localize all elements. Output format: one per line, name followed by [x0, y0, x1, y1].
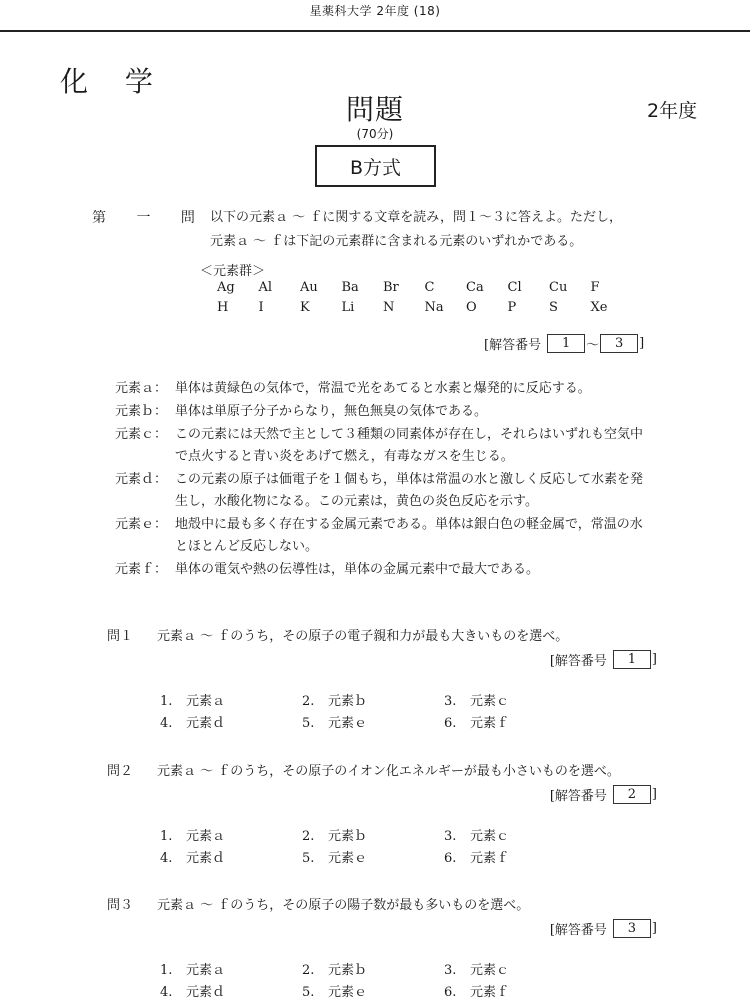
choice-option[interactable]: 4.元素ｄ — [160, 712, 302, 734]
element-symbol: Cl — [501, 280, 543, 300]
question-2-choices: 1.元素ａ 2.元素ｂ 3.元素ｃ 4.元素ｄ 5.元素ｅ 6.元素ｆ — [160, 825, 586, 869]
choice-option[interactable]: 2.元素ｂ — [302, 825, 444, 847]
question-number: 問１ — [107, 625, 157, 644]
element-symbol: Na — [418, 300, 460, 320]
statement-label: 元素ｆ： — [115, 559, 175, 581]
element-symbol: Al — [252, 280, 294, 300]
element-symbol: F — [584, 280, 626, 300]
statement-b: 元素ｂ： 単体は単原子分子からなり，無色無臭の気体である。 — [115, 401, 655, 423]
answer-ref-open: [解答番号 — [550, 919, 607, 938]
statement-label: 元素ｄ： — [115, 469, 175, 513]
statement-label: 元素ｅ： — [115, 514, 175, 558]
statement-text: この元素の原子は価電子を１個もち，単体は常温の水と激しく反応して水素を発生し，水… — [175, 469, 655, 513]
element-symbol: Br — [376, 280, 418, 300]
choice-option[interactable]: 2.元素ｂ — [302, 959, 444, 981]
answer-number-box: 2 — [613, 785, 651, 804]
exam-method-label: B方式 — [350, 153, 401, 180]
answer-ref-open: [解答番号 — [484, 334, 541, 353]
question-1: 問１ 元素ａ ～ ｆのうち，その原子の電子親和力が最も大きいものを選べ。 [解答… — [107, 625, 657, 669]
statement-label: 元素ａ： — [115, 378, 175, 400]
answer-ref-close: ] — [652, 652, 657, 667]
choice-option[interactable]: 5.元素ｅ — [302, 847, 444, 869]
question-number: 問３ — [107, 894, 157, 913]
element-symbol: Cu — [542, 280, 584, 300]
choice-option[interactable]: 3.元素ｃ — [444, 959, 586, 981]
header-rule — [0, 30, 750, 32]
statement-a: 元素ａ： 単体は黄緑色の気体で，常温で光をあてると水素と爆発的に反応する。 — [115, 378, 655, 400]
question-text: 元素ａ ～ ｆのうち，その原子の陽子数が最も多いものを選べ。 — [157, 894, 529, 913]
running-header: 星薬科大学 2年度 (18) — [0, 2, 750, 19]
choice-option[interactable]: 3.元素ｃ — [444, 690, 586, 712]
question-3: 問３ 元素ａ ～ ｆのうち，その原子の陽子数が最も多いものを選べ。 [解答番号 … — [107, 894, 657, 938]
choice-option[interactable]: 3.元素ｃ — [444, 825, 586, 847]
exam-year: 2年度 — [647, 96, 697, 123]
statement-text: 単体は単原子分子からなり，無色無臭の気体である。 — [175, 401, 655, 423]
element-group-grid: Ag Al Au Ba Br C Ca Cl Cu F H I K Li N N… — [210, 280, 625, 320]
answer-ref-sep: ～ — [586, 334, 599, 353]
choice-option[interactable]: 2.元素ｂ — [302, 690, 444, 712]
answer-number-box: 3 — [613, 919, 651, 938]
choice-option[interactable]: 1.元素ａ — [160, 959, 302, 981]
statement-text: 単体の電気や熱の伝導性は，単体の金属元素中で最大である。 — [175, 559, 655, 581]
element-symbol: Ba — [335, 280, 377, 300]
element-group-label: ＜元素群＞ — [200, 260, 265, 279]
element-symbol: N — [376, 300, 418, 320]
statement-text: この元素には天然で主として３種類の同素体が存在し，それらはいずれも空気中で点火す… — [175, 424, 655, 468]
element-symbol: Au — [293, 280, 335, 300]
section-answer-ref: [解答番号 1 ～ 3 ] — [484, 334, 644, 353]
element-symbol: C — [418, 280, 460, 300]
section-label: 第 一 問 — [92, 207, 208, 227]
question-1-choices: 1.元素ａ 2.元素ｂ 3.元素ｃ 4.元素ｄ 5.元素ｅ 6.元素ｆ — [160, 690, 586, 734]
exam-duration: (70分) — [0, 125, 750, 142]
statement-text: 単体は黄緑色の気体で，常温で光をあてると水素と爆発的に反応する。 — [175, 378, 655, 400]
element-symbol: I — [252, 300, 294, 320]
element-symbol: Li — [335, 300, 377, 320]
choice-option[interactable]: 4.元素ｄ — [160, 847, 302, 869]
element-symbol: Ag — [210, 280, 252, 300]
choice-option[interactable]: 5.元素ｅ — [302, 981, 444, 1000]
statement-label: 元素ｂ： — [115, 401, 175, 423]
statement-text: 地殻中に最も多く存在する金属元素である。単体は銀白色の軽金属で，常温の水とほとん… — [175, 514, 655, 558]
element-statements: 元素ａ： 単体は黄緑色の気体で，常温で光をあてると水素と爆発的に反応する。 元素… — [115, 378, 655, 582]
element-symbol: Ca — [459, 280, 501, 300]
intro-line-1: 以下の元素ａ ～ ｆに関する文章を読み，問１～３に答えよ。ただし， — [210, 206, 650, 230]
answer-ref-open: [解答番号 — [550, 785, 607, 804]
question-text: 元素ａ ～ ｆのうち，その原子の電子親和力が最も大きいものを選べ。 — [157, 625, 568, 644]
statement-d: 元素ｄ： この元素の原子は価電子を１個もち，単体は常温の水と激しく反応して水素を… — [115, 469, 655, 513]
element-symbol: S — [542, 300, 584, 320]
answer-ref-close: ] — [652, 787, 657, 802]
answer-ref-close: ] — [652, 921, 657, 936]
exam-method-box: B方式 — [315, 145, 436, 187]
element-symbol: H — [210, 300, 252, 320]
element-symbol: P — [501, 300, 543, 320]
question-2: 問２ 元素ａ ～ ｆのうち，その原子のイオン化エネルギーが最も小さいものを選べ。… — [107, 760, 657, 804]
statement-f: 元素ｆ： 単体の電気や熱の伝導性は，単体の金属元素中で最大である。 — [115, 559, 655, 581]
element-symbol: K — [293, 300, 335, 320]
answer-ref-open: [解答番号 — [550, 650, 607, 669]
question-3-choices: 1.元素ａ 2.元素ｂ 3.元素ｃ 4.元素ｄ 5.元素ｅ 6.元素ｆ — [160, 959, 586, 1000]
question-number: 問２ — [107, 760, 157, 779]
intro-line-2: 元素ａ ～ ｆは下記の元素群に含まれる元素のいずれかである。 — [210, 230, 650, 254]
statement-c: 元素ｃ： この元素には天然で主として３種類の同素体が存在し，それらはいずれも空気… — [115, 424, 655, 468]
answer-number-box: 3 — [600, 334, 638, 353]
choice-option[interactable]: 4.元素ｄ — [160, 981, 302, 1000]
answer-number-box: 1 — [547, 334, 585, 353]
choice-option[interactable]: 1.元素ａ — [160, 825, 302, 847]
choice-option[interactable]: 6.元素ｆ — [444, 847, 586, 869]
choice-option[interactable]: 5.元素ｅ — [302, 712, 444, 734]
statement-label: 元素ｃ： — [115, 424, 175, 468]
page-title: 問題 — [0, 88, 750, 128]
choice-option[interactable]: 6.元素ｆ — [444, 981, 586, 1000]
element-symbol: O — [459, 300, 501, 320]
choice-option[interactable]: 1.元素ａ — [160, 690, 302, 712]
answer-ref-close: ] — [639, 336, 644, 351]
answer-number-box: 1 — [613, 650, 651, 669]
choice-option[interactable]: 6.元素ｆ — [444, 712, 586, 734]
statement-e: 元素ｅ： 地殻中に最も多く存在する金属元素である。単体は銀白色の軽金属で，常温の… — [115, 514, 655, 558]
section-intro: 以下の元素ａ ～ ｆに関する文章を読み，問１～３に答えよ。ただし， 元素ａ ～ … — [210, 206, 650, 254]
element-symbol: Xe — [584, 300, 626, 320]
question-text: 元素ａ ～ ｆのうち，その原子のイオン化エネルギーが最も小さいものを選べ。 — [157, 760, 620, 779]
